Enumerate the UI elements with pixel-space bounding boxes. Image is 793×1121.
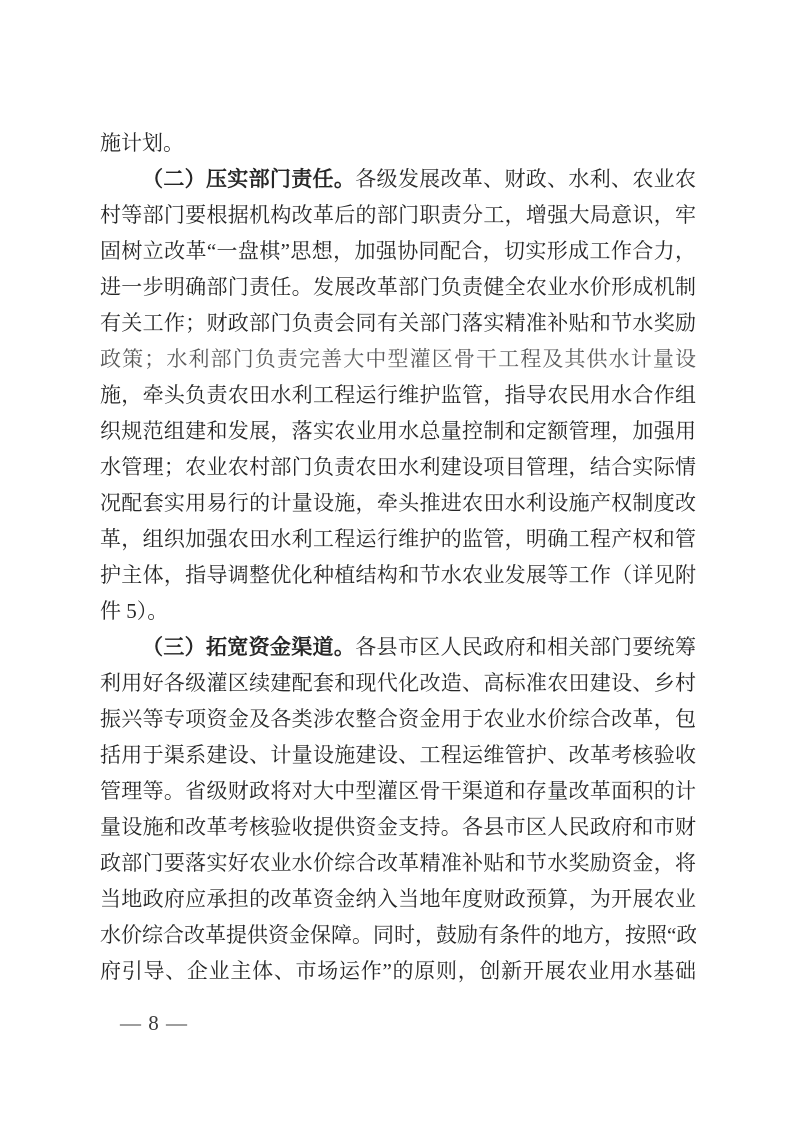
body-text: 况配套实用易行的计量设施，牵头推进农田水利设施产权制度改 xyxy=(100,491,696,515)
text-line: 村等部门要根据机构改革后的部门职责分工，增强大局意识，牢 xyxy=(100,197,696,233)
text-line: 水管理；农业农村部门负责农田水利建设项目管理，结合实际情 xyxy=(100,449,696,485)
text-line: 件 5）。 xyxy=(100,593,696,629)
text-line: 进一步明确部门责任。发展改革部门负责健全农业水价形成机制 xyxy=(100,269,696,305)
body-text: 施计划。 xyxy=(100,131,184,155)
text-line: 政部门要落实好农业水价综合改革精准补贴和节水奖励资金，将 xyxy=(100,845,696,881)
body-text: 施，牵头负责农田水利工程运行维护监管，指导农民用水合作组 xyxy=(100,383,696,407)
text-line: 革，组织加强农田水利工程运行维护的监管，明确工程产权和管 xyxy=(100,521,696,557)
body-text: 管理等。省级财政将对大中型灌区骨干渠道和存量改革面积的计 xyxy=(100,779,696,803)
text-line: 府引导、企业主体、市场运作”的原则，创新开展农业用水基础 xyxy=(100,953,696,989)
text-line: 量设施和改革考核验收提供资金支持。各县市区人民政府和市财 xyxy=(100,809,696,845)
text-line: 施计划。 xyxy=(100,125,696,161)
document-body: 施计划。（二）压实部门责任。各级发展改革、财政、水利、农业农村等部门要根据机构改… xyxy=(100,125,696,989)
text-line: 固树立改革“一盘棋”思想，加强协同配合，切实形成工作合力， xyxy=(100,233,696,269)
body-text: 革，组织加强农田水利工程运行维护的监管，明确工程产权和管 xyxy=(100,527,696,551)
body-text: 村等部门要根据机构改革后的部门职责分工，增强大局意识，牢 xyxy=(100,203,696,227)
text-line: 有关工作；财政部门负责会同有关部门落实精准补贴和节水奖励 xyxy=(100,305,696,341)
body-text: 府引导、企业主体、市场运作”的原则，创新开展农业用水基础 xyxy=(100,959,696,983)
body-text: 当地政府应承担的改革资金纳入当地年度财政预算，为开展农业 xyxy=(100,887,696,911)
text-line: 括用于渠系建设、计量设施建设、工程运维管护、改革考核验收 xyxy=(100,737,696,773)
text-line: 施，牵头负责农田水利工程运行维护监管，指导农民用水合作组 xyxy=(100,377,696,413)
text-line: 当地政府应承担的改革资金纳入当地年度财政预算，为开展农业 xyxy=(100,881,696,917)
body-text: 护主体，指导调整优化种植结构和节水农业发展等工作（详见附 xyxy=(100,563,696,587)
page-number: — 8 — xyxy=(120,1007,188,1039)
section-heading: （二）压实部门责任。 xyxy=(142,167,355,191)
body-text: 有关工作；财政部门负责会同有关部门落实精准补贴和节水奖励 xyxy=(100,311,696,335)
text-line: 政策；水利部门负责完善大中型灌区骨干工程及其供水计量设 xyxy=(100,341,696,377)
text-line: 管理等。省级财政将对大中型灌区骨干渠道和存量改革面积的计 xyxy=(100,773,696,809)
body-text: 括用于渠系建设、计量设施建设、工程运维管护、改革考核验收 xyxy=(100,743,696,767)
document-page: 施计划。（二）压实部门责任。各级发展改革、财政、水利、农业农村等部门要根据机构改… xyxy=(0,0,793,1121)
text-line: （三）拓宽资金渠道。各县市区人民政府和相关部门要统筹 xyxy=(100,629,696,665)
body-text: 各县市区人民政府和相关部门要统筹 xyxy=(355,635,696,659)
body-text: 利用好各级灌区续建配套和现代化改造、高标准农田建设、乡村 xyxy=(100,671,696,695)
body-text: 进一步明确部门责任。发展改革部门负责健全农业水价形成机制 xyxy=(100,275,696,299)
body-text: 水管理；农业农村部门负责农田水利建设项目管理，结合实际情 xyxy=(100,455,696,479)
text-line: 利用好各级灌区续建配套和现代化改造、高标准农田建设、乡村 xyxy=(100,665,696,701)
body-text: 各级发展改革、财政、水利、农业农 xyxy=(355,167,696,191)
text-line: 况配套实用易行的计量设施，牵头推进农田水利设施产权制度改 xyxy=(100,485,696,521)
body-text: 政部门要落实好农业水价综合改革精准补贴和节水奖励资金，将 xyxy=(100,851,696,875)
text-line: 护主体，指导调整优化种植结构和节水农业发展等工作（详见附 xyxy=(100,557,696,593)
text-line: 织规范组建和发展，落实农业用水总量控制和定额管理，加强用 xyxy=(100,413,696,449)
body-text: 政策；水利部门负责完善大中型灌区骨干工程及其供水计量设 xyxy=(100,347,696,371)
body-text: 固树立改革“一盘棋”思想，加强协同配合，切实形成工作合力， xyxy=(100,239,696,263)
body-text: 量设施和改革考核验收提供资金支持。各县市区人民政府和市财 xyxy=(100,815,696,839)
body-text: 振兴等专项资金及各类涉农整合资金用于农业水价综合改革，包 xyxy=(100,707,696,731)
text-line: 水价综合改革提供资金保障。同时，鼓励有条件的地方，按照“政 xyxy=(100,917,696,953)
body-text: 件 5）。 xyxy=(100,599,168,623)
section-heading: （三）拓宽资金渠道。 xyxy=(142,635,355,659)
body-text: 水价综合改革提供资金保障。同时，鼓励有条件的地方，按照“政 xyxy=(100,923,696,947)
body-text: 织规范组建和发展，落实农业用水总量控制和定额管理，加强用 xyxy=(100,419,696,443)
text-line: 振兴等专项资金及各类涉农整合资金用于农业水价综合改革，包 xyxy=(100,701,696,737)
text-line: （二）压实部门责任。各级发展改革、财政、水利、农业农 xyxy=(100,161,696,197)
